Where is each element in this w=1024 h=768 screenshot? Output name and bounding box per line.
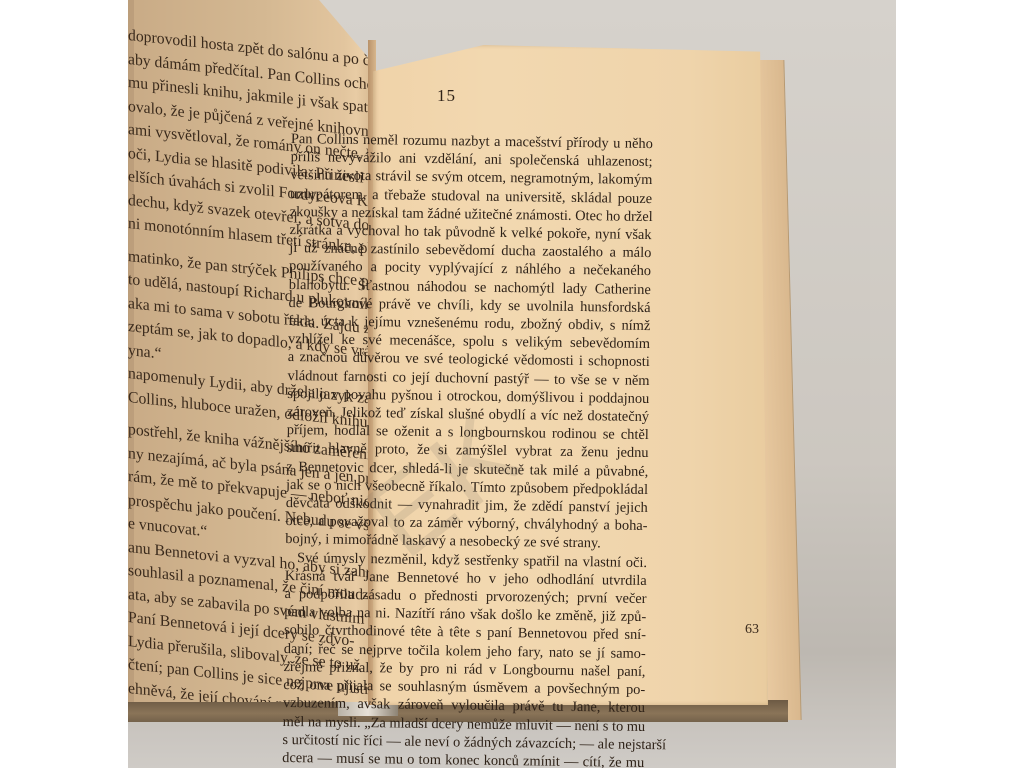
book-photo: doprovodil hosta zpět do salónu a po čaj… — [128, 0, 896, 768]
right-paragraph-2: Své úmysly nezměnil, když sestřenky spat… — [282, 549, 647, 768]
page-number: 63 — [745, 622, 759, 638]
right-page-text: Pan Collins neměl rozumu nazbyt a macešs… — [282, 130, 653, 768]
right-paragraph-1: Pan Collins neměl rozumu nazbyt a macešs… — [285, 130, 653, 554]
chapter-number: 15 — [437, 86, 456, 106]
